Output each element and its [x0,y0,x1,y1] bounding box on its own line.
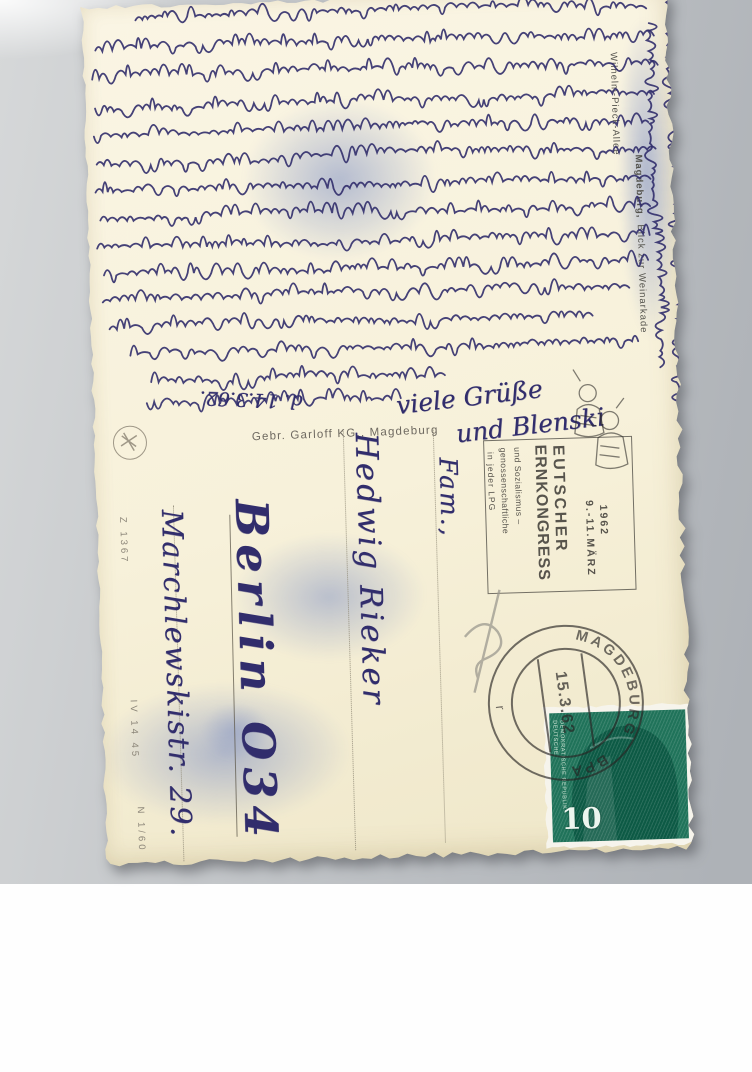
handwriting-and-postmark-art: 15.3.62 r MAGDEBURG BPA [80,0,706,886]
cds-index-letter: r [493,705,509,712]
pencil-dealer-mark [464,590,503,693]
slogan-farmers-illustration [573,368,628,469]
cds-postmark: 15.3.62 r MAGDEBURG BPA [486,614,657,792]
page-margin [0,884,752,1072]
cds-date: 15.3.62 [552,670,577,736]
postcard: Magdeburg,Blick zur Weinarkade Wilhelm-P… [80,0,695,868]
handwritten-message [90,0,689,418]
postcard-scan: Magdeburg,Blick zur Weinarkade Wilhelm-P… [0,0,752,1072]
